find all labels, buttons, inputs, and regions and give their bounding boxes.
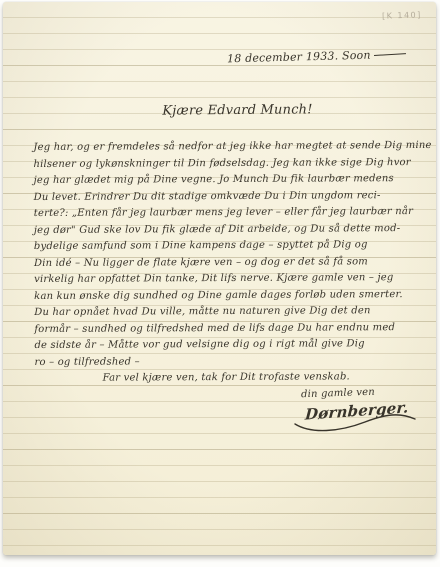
body-line: bydelige samfund som i Dine kampens dage…: [34, 237, 420, 256]
body-line: Jeg har, og er fremdeles så nedfor at je…: [33, 138, 419, 157]
date-flourish: [374, 52, 406, 56]
body-line: Du levet. Erindrer Du dit stadige omkvæd…: [34, 187, 420, 206]
letter-scan: [K 140] 18 december 1933. Soon Kjære Edv…: [0, 0, 440, 567]
body-line: hilsener og lykønskninger til Din fødsel…: [33, 154, 419, 173]
farewell-line: Far vel kjære ven, tak for Dit trofaste …: [35, 369, 421, 388]
body-line: ro – og tilfredshed –: [34, 352, 420, 371]
body-line: virkelig har opfattet Din tanke, Dit lif…: [34, 270, 420, 289]
signature-block: Dørnberger.: [291, 400, 421, 436]
body-line: formår – sundhed og tilfredshed med de l…: [34, 319, 420, 338]
closing-line: din gamle ven: [301, 387, 375, 401]
body-line: kan kun ønske dig sundhed og Dine gamle …: [34, 286, 420, 305]
body-line: Du har opnået hvad Du ville, måtte nu na…: [34, 303, 420, 322]
body-line: jeg dør" Gud ske lov Du fik glæde af Dit…: [34, 220, 420, 239]
pencil-archive-annotation: [K 140]: [382, 10, 422, 20]
body-line: de sidste år – Måtte vor gud velsigne di…: [34, 336, 420, 355]
body-line: terte?: „Enten får jeg laurbær mens jeg …: [34, 204, 420, 223]
body-line: Din idé – Nu ligger de flate kjære ven –…: [34, 253, 420, 272]
date-line: 18 december 1933. Soon: [227, 48, 406, 66]
date-text: 18 december 1933. Soon: [227, 49, 371, 66]
letter-body: Jeg har, og er fremdeles så nedfor at je…: [33, 138, 420, 388]
letter-paper: [K 140] 18 december 1933. Soon Kjære Edv…: [3, 2, 436, 555]
salutation: Kjære Edvard Munch!: [21, 101, 440, 120]
body-line: jeg har glædet mig på Dine vegne. Jo Mun…: [34, 171, 420, 190]
